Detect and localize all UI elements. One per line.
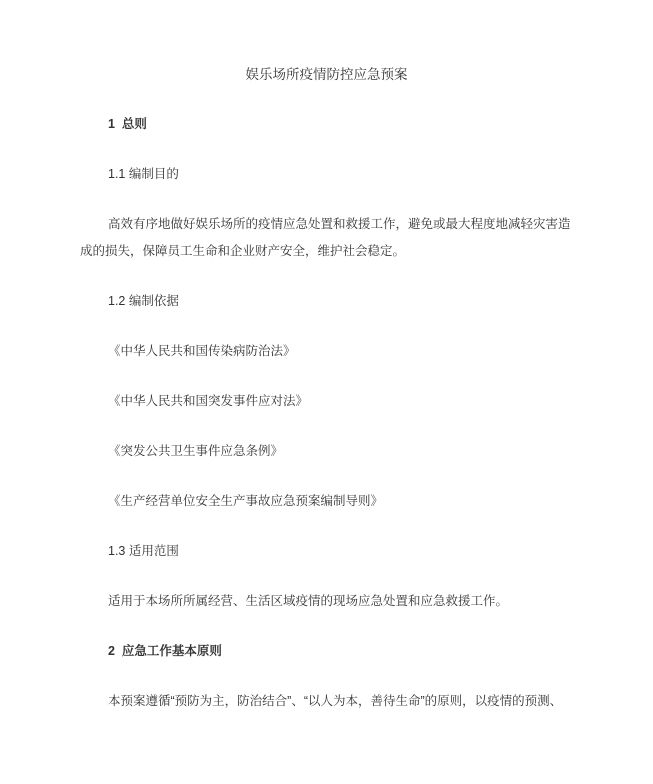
chapter-1-heading: 1 总则 [80, 111, 573, 138]
section-1-2-heading: 1.2 编制依据 [80, 288, 573, 315]
section-1-3-heading: 1.3 适用范围 [80, 538, 573, 565]
reference-guideline-emergency-plan: 《生产经营单位安全生产事故应急预案编制导则》 [80, 488, 573, 515]
document-page: 娱乐场所疫情防控应急预案 1 总则 1.1 编制目的 高效有序地做好娱乐场所的疫… [0, 0, 653, 784]
document-title: 娱乐场所疫情防控应急预案 [80, 61, 573, 88]
chapter-2-heading: 2 应急工作基本原则 [80, 638, 573, 665]
reference-law-infectious-disease: 《中华人民共和国传染病防治法》 [80, 338, 573, 365]
reference-regulation-public-health: 《突发公共卫生事件应急条例》 [80, 438, 573, 465]
reference-law-emergency-response: 《中华人民共和国突发事件应对法》 [80, 388, 573, 415]
paragraph-application-scope: 适用于本场所所属经营、生活区域疫情的现场应急处置和应急救援工作。 [80, 588, 573, 615]
paragraph-basic-principles: 本预案遵循“预防为主，防治结合”、“以人为本，善待生命”的原则，以疫情的预测、 [80, 688, 573, 715]
paragraph-compilation-purpose: 高效有序地做好娱乐场所的疫情应急处置和救援工作，避免或最大程度地减轻灾害造成的损… [80, 211, 573, 265]
section-1-1-heading: 1.1 编制目的 [80, 161, 573, 188]
